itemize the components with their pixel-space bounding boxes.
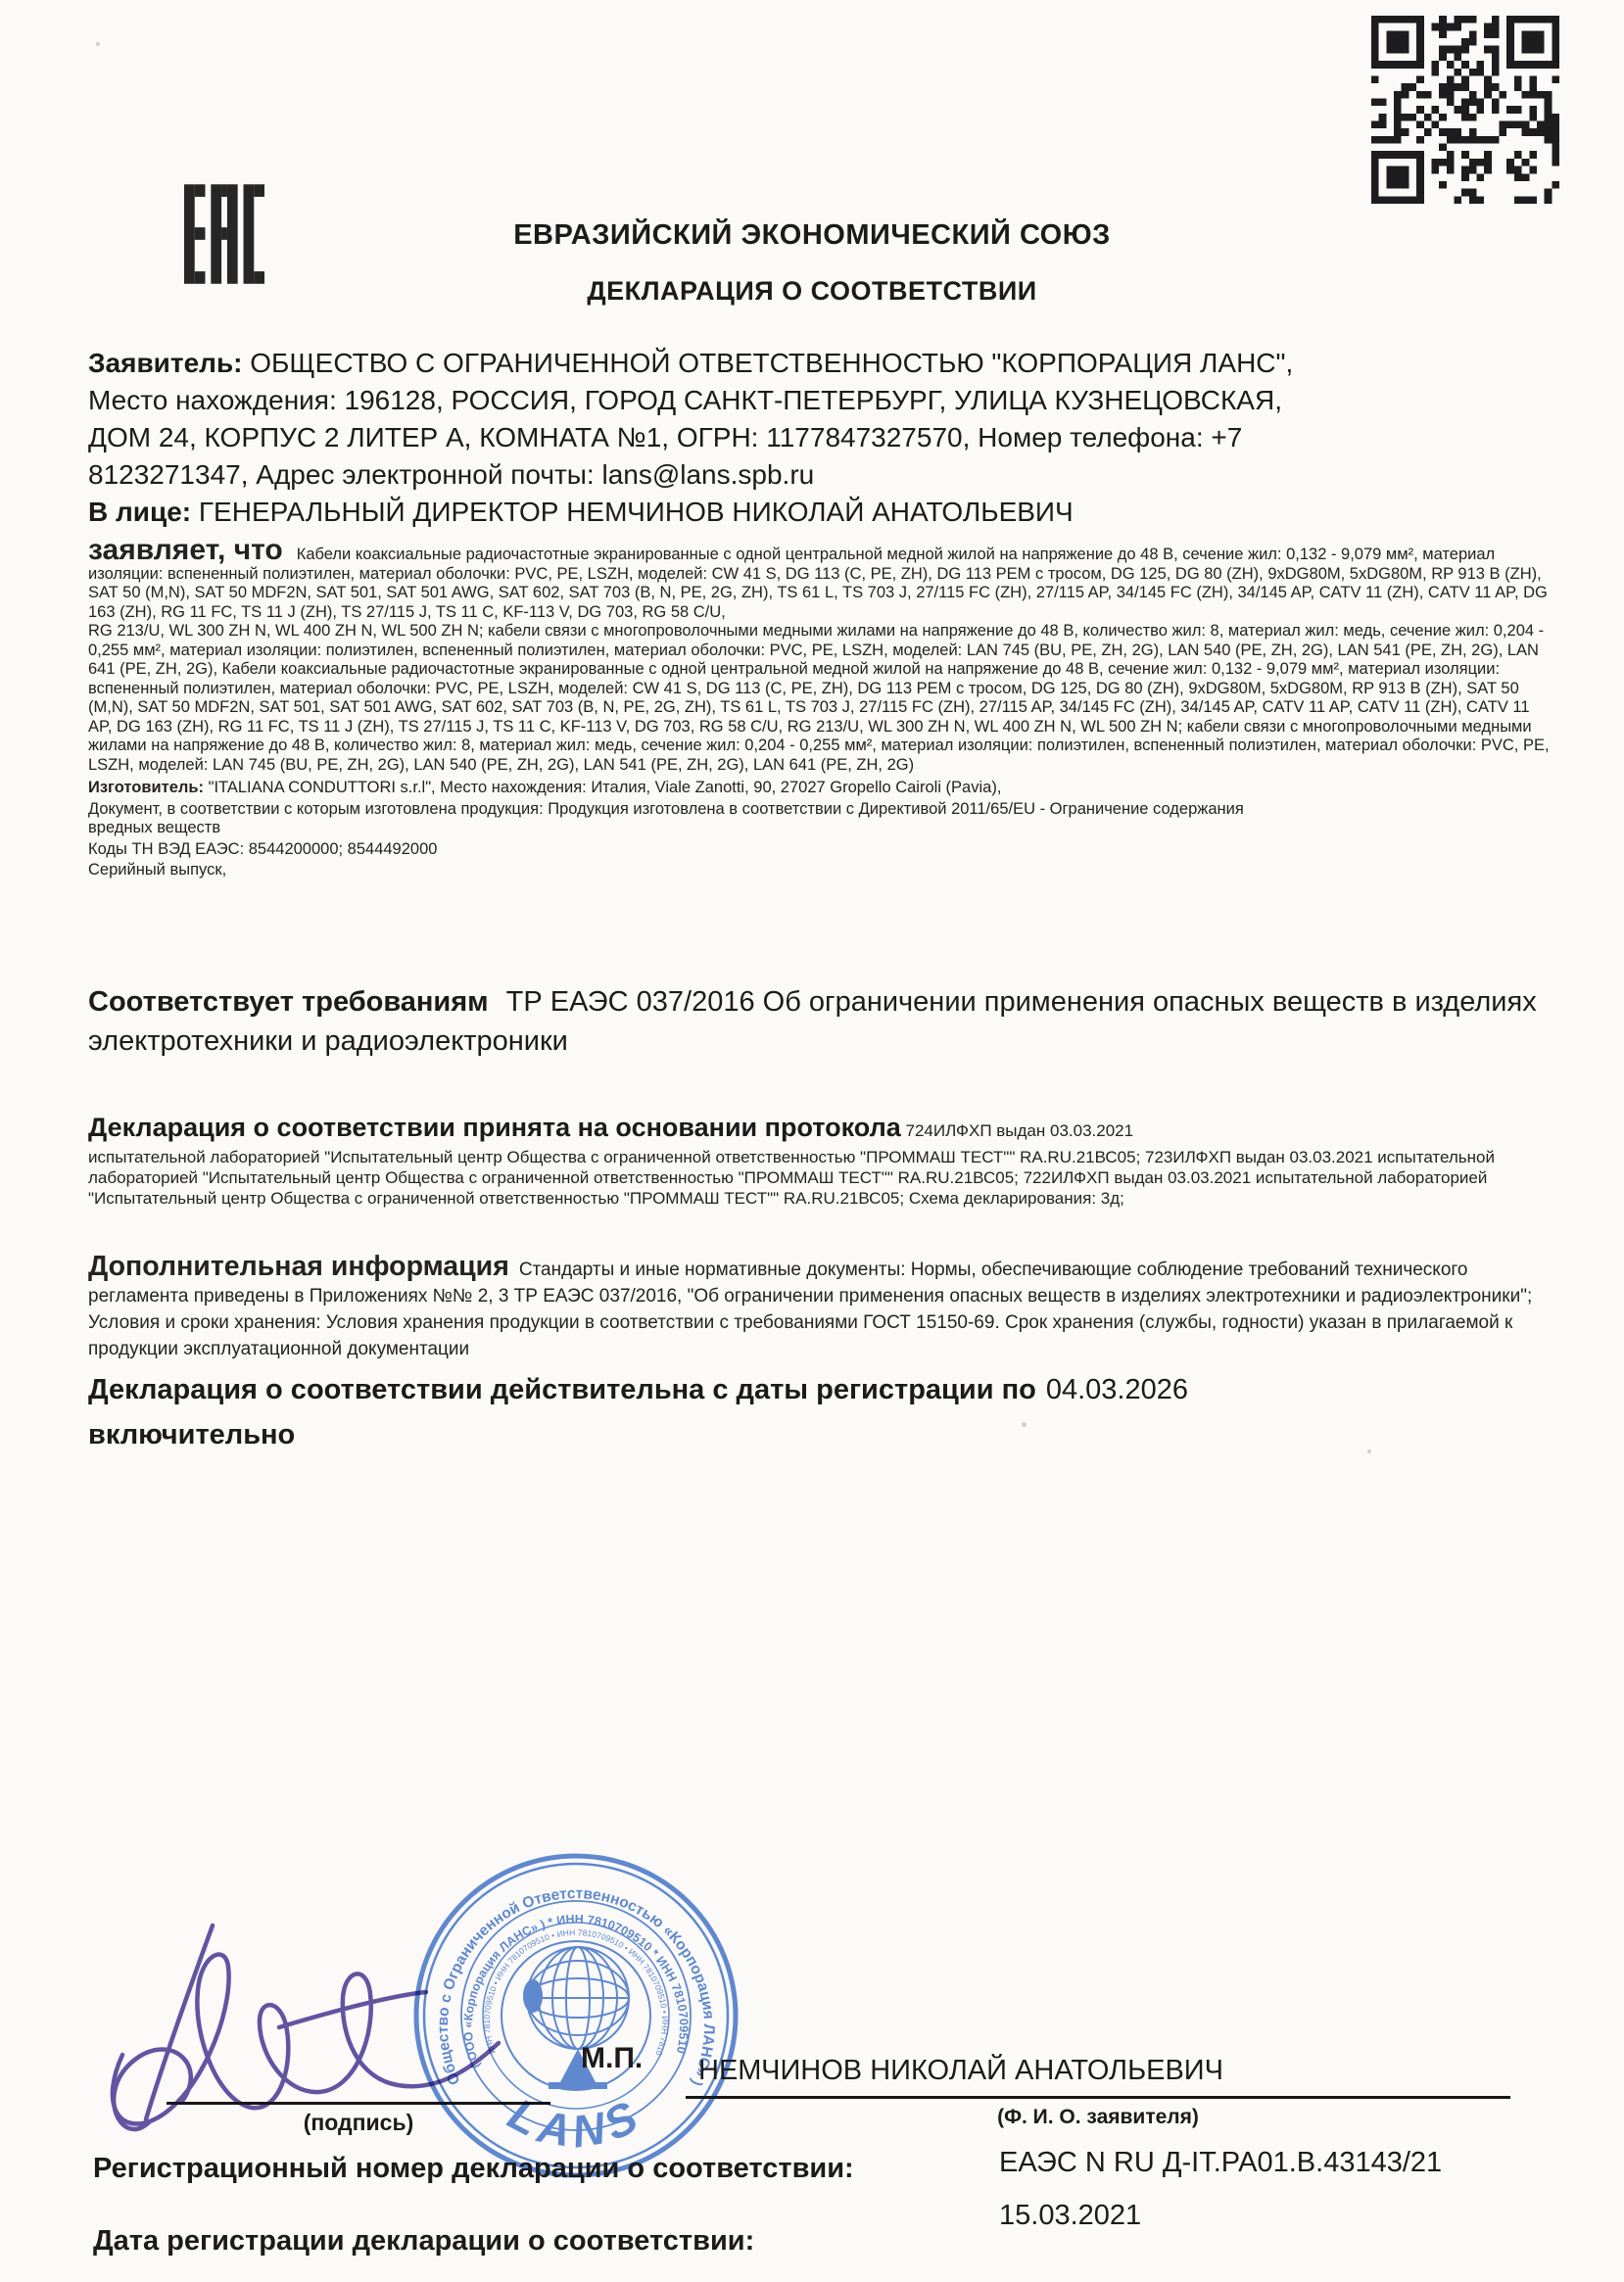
stamp-brand-text: LANS [501,2088,651,2158]
validity-suffix: включительно [88,1419,295,1450]
union-title: ЕВРАЗИЙСКИЙ ЭКОНОМИЧЕСКИЙ СОЮЗ [0,219,1624,252]
applicant-paragraph: Заявитель: ОБЩЕСТВО С ОГРАНИЧЕННОЙ ОТВЕТ… [88,345,1557,494]
fullname-caption: (Ф. И. О. заявителя) [686,2106,1510,2129]
document-title: ДЕКЛАРАЦИЯ О СООТВЕТСТВИИ [0,276,1624,307]
validity-date: 04.03.2026 [1046,1374,1188,1405]
protocol-heading-line: Декларация о соответствии принята на осн… [88,1113,1557,1143]
protocol-text: испытательной лабораторией "Испытательны… [88,1147,1557,1209]
applicant-label: Заявитель: [88,348,243,378]
declaration-document: ЕВРАЗИЙСКИЙ ЭКОНОМИЧЕСКИЙ СОЮЗ ДЕКЛАРАЦИ… [0,0,1624,2282]
reg-date-value: 15.03.2021 [999,2200,1141,2232]
compliance-label: Соответствует требованиям [88,986,489,1018]
protocol-label: Декларация о соответствии принята на осн… [88,1113,901,1142]
protocol-section: Декларация о соответствии принята на осн… [88,1113,1557,1209]
product-text: Кабели коаксиальные радиочастотные экран… [88,546,1550,774]
manufacturer-label: Изготовитель: [88,779,204,796]
applicant-person-line: В лице: ГЕНЕРАЛЬНЫЙ ДИРЕКТОР НЕМЧИНОВ НИ… [88,494,1557,531]
basis-document-line: Документ, в соответствии с которым изгот… [88,800,1553,838]
product-paragraph: заявляет, чтоКабели коаксиальные радиоча… [88,541,1553,775]
additional-info-section: Дополнительная информацияСтандарты и ины… [88,1254,1557,1362]
validity-label: Декларация о соответствии действительна … [88,1374,1036,1405]
declares-section: заявляет, чтоКабели коаксиальные радиоча… [88,541,1553,882]
person-label: В лице: [88,497,191,527]
qr-code [1363,16,1567,204]
person-text: ГЕНЕРАЛЬНЫЙ ДИРЕКТОР НЕМЧИНОВ НИКОЛАЙ АН… [191,497,1074,527]
reg-number-label: Регистрационный номер декларации о соотв… [93,2153,854,2185]
validity-section: Декларация о соответствии действительна … [88,1367,1557,1457]
company-round-stamp: Общество с Ограниченной Ответственностью… [409,1849,742,2182]
applicant-text: ОБЩЕСТВО С ОГРАНИЧЕННОЙ ОТВЕТСТВЕННОСТЬЮ… [88,348,1293,490]
additional-label: Дополнительная информация [88,1251,509,1282]
manufacturer-line: Изготовитель: "ITALIANA CONDUTTORI s.r.l… [88,779,1553,798]
tnved-codes-line: Коды ТН ВЭД ЕАЭС: 8544200000; 8544492000 [88,840,1553,860]
manufacturer-text: "ITALIANA CONDUTTORI s.r.l", Место нахож… [204,779,1001,796]
reg-date-label: Дата регистрации декларации о соответств… [93,2225,754,2258]
applicant-fullname: НЕМЧИНОВ НИКОЛАЙ АНАТОЛЬЕВИЧ [698,2055,1521,2087]
compliance-section: Соответствует требованиямТР ЕАЭС 037/201… [88,982,1557,1061]
fullname-line [686,2096,1510,2099]
declares-label: заявляет, что [88,534,283,566]
reg-number-value: ЕАЭС N RU Д-IT.РА01.В.43143/21 [999,2147,1442,2179]
protocol-first-entry: 724ИЛФХП выдан 03.03.2021 [901,1121,1133,1140]
scan-speck [96,42,100,46]
applicant-section: Заявитель: ОБЩЕСТВО С ОГРАНИЧЕННОЙ ОТВЕТ… [88,345,1557,531]
scan-speck [1022,1422,1027,1427]
stamp-place-abbr: М.П. [581,2042,643,2075]
scan-speck [1367,1450,1371,1453]
serial-release-line: Серийный выпуск, [88,861,1553,880]
